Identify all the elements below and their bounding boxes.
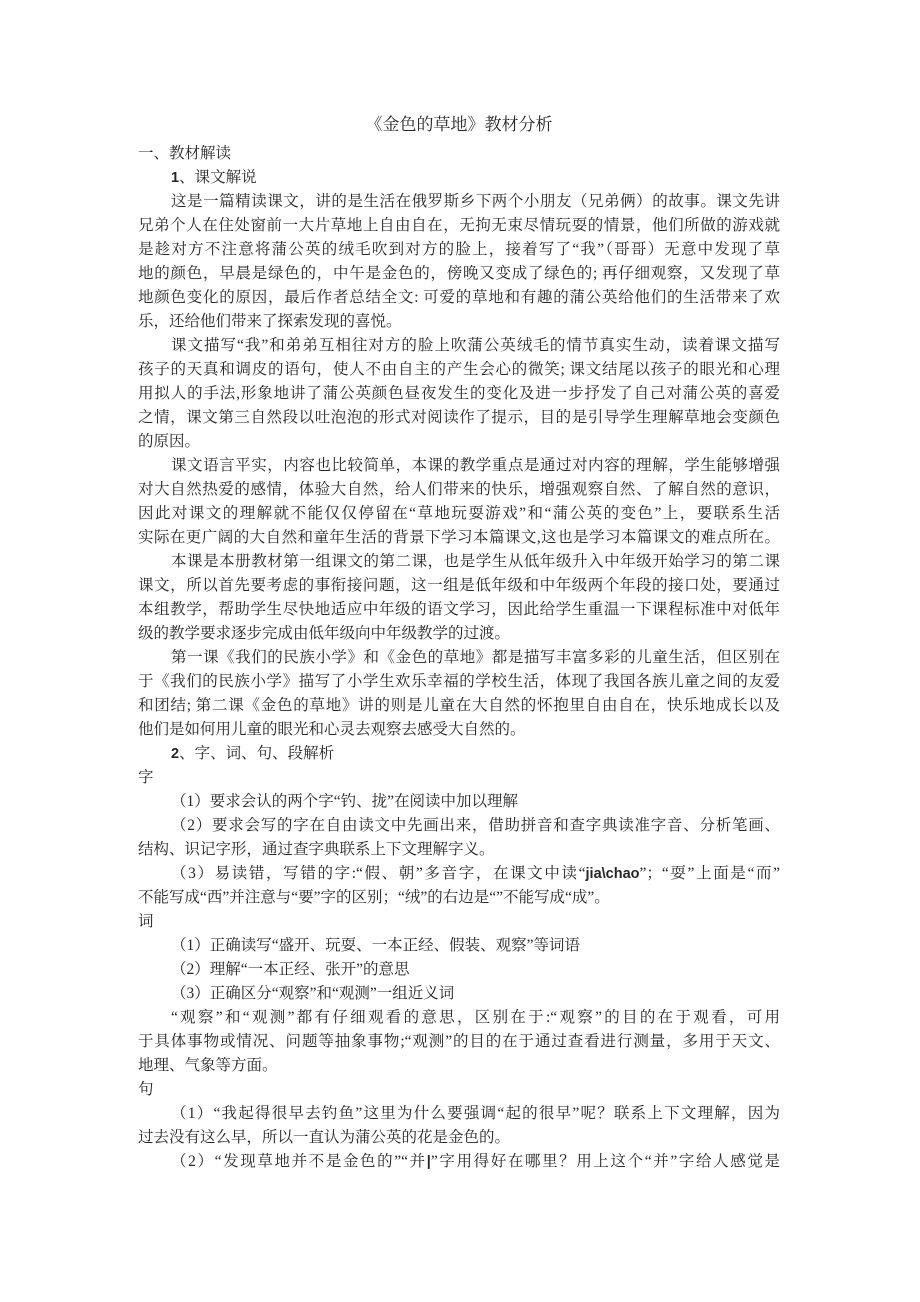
text-line: 之情，课文第三自然段以吐泡泡的形式对阅读作了提示，目的是引导学生理解草地会变颜色 [138, 406, 780, 430]
text-line: 结构、识记字形，通过查字典联系上下文理解字义。 [138, 838, 780, 862]
text-run: 过去没有这么早，所以一直认为蒲公英的花是金色的。 [138, 1129, 510, 1146]
text-line: 是趁对方不注意将蒲公英的绒毛吹到对方的脸上，接着写了“我”（哥哥）无意中发现了草 [138, 238, 780, 262]
text-run: 课文描写“我”和弟弟互相往对方的脸上吹蒲公英绒毛的情节真实生动，读着课文描写 [171, 337, 780, 354]
text-line: 不能写成“西”并注意与“要”字的区别；“绒”的右边是“”不能写成“成”。 [138, 886, 780, 910]
text-run: （1）“我起得很早去钓鱼”这里为什么要强调“起的很早”呢？联系上下文理解，因为 [171, 1105, 780, 1122]
text-run: 因此对课文的理解就不能仅仅停留在“草地玩耍游戏”和“蒲公英的变色”上，要联系生活 [138, 505, 780, 522]
text-line: 本课是本册教材第一组课文的第二课，也是学生从低年级升入中年级开始学习的第二课 [138, 550, 780, 574]
text-run: 于具体事物或情况、问题等抽象事物;“观测”的目的在于通过查看进行测量，多用于天文… [138, 1033, 780, 1050]
text-run: 地颜色变化的原因，最后作者总结全文: 可爱的草地和有趣的蒲公英给他们的生活带来了… [138, 289, 780, 306]
text-line: 他们是如何用儿童的眼光和心灵去观察去感受大自然的。 [138, 718, 780, 742]
text-run: 地的颜色，早晨是绿色的，中午是金色的，傍晚又变成了绿色的; 再仔细观察，又发现了… [138, 265, 780, 282]
text-run: 词 [138, 913, 154, 930]
text-line: （1）要求会认的两个字“钓、拢”在阅读中加以理解 [138, 790, 780, 814]
text-line: 词 [138, 910, 780, 934]
text-line: 过去没有这么早，所以一直认为蒲公英的花是金色的。 [138, 1126, 780, 1150]
document-title: 《金色的草地》教材分析 [138, 112, 780, 142]
document-page: 《金色的草地》教材分析 一、教材解读1、课文解说这是一篇精读课文，讲的是生活在俄… [0, 0, 920, 1302]
text-run: 他们是如何用儿童的眼光和心灵去观察去感受大自然的。 [138, 721, 526, 738]
text-line: 一、教材解读 [138, 142, 780, 166]
text-run: 、字、词、句、段解析 [179, 745, 334, 762]
text-run: 用拟人的手法,形象地讲了蒲公英颜色昼夜发生的变化及进一步抒发了自己对蒲公英的喜爱 [138, 385, 780, 402]
text-run: 的原因。 [138, 433, 200, 450]
text-line: 兄弟个人在住处窗前一大片草地上自由自在，无拘无束尽情玩耍的情景，他们所做的游戏就 [138, 214, 780, 238]
text-line: 于《我们的民族小学》描写了小学生欢乐幸福的学校生活，体现了我国各族儿童之间的友爱 [138, 670, 780, 694]
document-body: 一、教材解读1、课文解说这是一篇精读课文，讲的是生活在俄罗斯乡下两个小朋友（兄弟… [138, 142, 780, 1174]
text-run: 是趁对方不注意将蒲公英的绒毛吹到对方的脸上，接着写了“我”（哥哥）无意中发现了草 [138, 241, 780, 258]
text-run: 孩子的天真和调皮的语句，使人不由自主的产生会心的微笑; 课文结尾以孩子的眼光和心… [138, 361, 780, 378]
text-run: （2）要求会写的字在自由读文中先画出来，借助拼音和查字典读准字音、分析笔画、 [171, 817, 780, 834]
text-line: 地理、气象等方面。 [138, 1054, 780, 1078]
text-run: 字 [138, 769, 154, 786]
text-line: 级的教学要求逐步完成由低年级向中年级教学的过渡。 [138, 622, 780, 646]
text-line: 地颜色变化的原因，最后作者总结全文: 可爱的草地和有趣的蒲公英给他们的生活带来了… [138, 286, 780, 310]
text-line: 因此对课文的理解就不能仅仅停留在“草地玩耍游戏”和“蒲公英的变色”上，要联系生活 [138, 502, 780, 526]
latin-run: 1 [171, 170, 179, 186]
text-run: 结构、识记字形，通过查字典联系上下文理解字义。 [138, 841, 495, 858]
text-line: 课文描写“我”和弟弟互相往对方的脸上吹蒲公英绒毛的情节真实生动，读着课文描写 [138, 334, 780, 358]
text-line: “观察”和“观测”都有仔细观看的意思，区别在于:“观察”的目的在于观看，可用 [138, 1006, 780, 1030]
text-run: （2）“发现草地并不是金色的”“并 [171, 1153, 427, 1170]
text-line: （2）要求会写的字在自由读文中先画出来，借助拼音和查字典读准字音、分析笔画、 [138, 814, 780, 838]
text-run: 句 [138, 1081, 154, 1098]
text-line: 用拟人的手法,形象地讲了蒲公英颜色昼夜发生的变化及进一步抒发了自己对蒲公英的喜爱 [138, 382, 780, 406]
text-run: ”字用得好在哪里？用上这个“并”字给人感觉是 [431, 1153, 780, 1170]
text-run: ”；“耍”上面是“而” [640, 865, 780, 882]
text-run: 本课是本册教材第一组课文的第二课，也是学生从低年级升入中年级开始学习的第二课 [171, 553, 780, 570]
latin-run: jia\chao [586, 866, 640, 882]
text-line: 2、字、词、句、段解析 [138, 742, 780, 766]
text-run: “观察”和“观测”都有仔细观看的意思，区别在于:“观察”的目的在于观看，可用 [171, 1009, 780, 1026]
text-run: 一、教材解读 [138, 145, 231, 162]
text-line: 孩子的天真和调皮的语句，使人不由自主的产生会心的微笑; 课文结尾以孩子的眼光和心… [138, 358, 780, 382]
text-run: 课文，所以首先要考虑的事衔接问题，这一组是低年级和中年级两个年段的接口处，要通过 [138, 577, 780, 594]
text-run: 对大自然热爱的感情，体验大自然，给人们带来的快乐，增强观察自然、了解自然的意识， [138, 481, 780, 498]
text-run: （3）易读错，写错的字:“假、朝”多音字，在课文中读“ [171, 865, 586, 882]
text-line: 本组教学，帮助学生尽快地适应中年级的语文学习，因此给学生重温一下课程标准中对低年 [138, 598, 780, 622]
text-run: 、课文解说 [179, 169, 257, 186]
document-content: 《金色的草地》教材分析 一、教材解读1、课文解说这是一篇精读课文，讲的是生活在俄… [138, 112, 780, 1174]
text-line: 1、课文解说 [138, 166, 780, 190]
text-line: 第一课《我们的民族小学》和《金色的草地》都是描写丰富多彩的儿童生活，但区别在 [138, 646, 780, 670]
text-line: 课文语言平实，内容也比较简单，本课的教学重点是通过对内容的理解，学生能够增强 [138, 454, 780, 478]
text-run: （3）正确区分“观察”和“观测”一组近义词 [171, 985, 454, 1002]
text-run: 级的教学要求逐步完成由低年级向中年级教学的过渡。 [138, 625, 510, 642]
text-run: 和团结; 第二课《金色的草地》讲的则是儿童在大自然的怀抱里自由自在，快乐地成长以… [138, 697, 780, 714]
text-line: 和团结; 第二课《金色的草地》讲的则是儿童在大自然的怀抱里自由自在，快乐地成长以… [138, 694, 780, 718]
text-run: （2）理解“一本正经、张开”的意思 [171, 961, 410, 978]
text-line: 乐，还给他们带来了探索发现的喜悦。 [138, 310, 780, 334]
text-line: 地的颜色，早晨是绿色的，中午是金色的，傍晚又变成了绿色的; 再仔细观察，又发现了… [138, 262, 780, 286]
text-line: 对大自然热爱的感情，体验大自然，给人们带来的快乐，增强观察自然、了解自然的意识， [138, 478, 780, 502]
text-run: 于《我们的民族小学》描写了小学生欢乐幸福的学校生活，体现了我国各族儿童之间的友爱 [138, 673, 780, 690]
text-run: （1）正确读写“盛开、玩耍、一本正经、假装、观察”等词语 [171, 937, 580, 954]
text-run: 本组教学，帮助学生尽快地适应中年级的语文学习，因此给学生重温一下课程标准中对低年 [138, 601, 780, 618]
text-line: （1）正确读写“盛开、玩耍、一本正经、假装、观察”等词语 [138, 934, 780, 958]
text-line: （2）理解“一本正经、张开”的意思 [138, 958, 780, 982]
text-line: （2）“发现草地并不是金色的”“并|”字用得好在哪里？用上这个“并”字给人感觉是 [138, 1150, 780, 1174]
text-line: 这是一篇精读课文，讲的是生活在俄罗斯乡下两个小朋友（兄弟俩）的故事。课文先讲 [138, 190, 780, 214]
text-run: 课文语言平实，内容也比较简单，本课的教学重点是通过对内容的理解，学生能够增强 [171, 457, 780, 474]
text-run: 之情，课文第三自然段以吐泡泡的形式对阅读作了提示，目的是引导学生理解草地会变颜色 [138, 409, 780, 426]
latin-run: 2 [171, 746, 179, 762]
text-run: 地理、气象等方面。 [138, 1057, 278, 1074]
text-line: 的原因。 [138, 430, 780, 454]
text-line: （1）“我起得很早去钓鱼”这里为什么要强调“起的很早”呢？联系上下文理解，因为 [138, 1102, 780, 1126]
text-run: （1）要求会认的两个字“钓、拢”在阅读中加以理解 [171, 793, 518, 810]
text-run: 第一课《我们的民族小学》和《金色的草地》都是描写丰富多彩的儿童生活，但区别在 [171, 649, 780, 666]
text-run: 不能写成“西”并注意与“要”字的区别；“绒”的右边是“”不能写成“成”。 [138, 889, 610, 906]
text-run: 实际在更广阔的大自然和童年生活的背景下学习本篇课文,这也是学习本篇课文的难点所在… [138, 529, 780, 546]
text-line: 字 [138, 766, 780, 790]
text-run: 这是一篇精读课文，讲的是生活在俄罗斯乡下两个小朋友（兄弟俩）的故事。课文先讲 [171, 193, 780, 210]
text-run: 乐，还给他们带来了探索发现的喜悦。 [138, 313, 402, 330]
text-line: 课文，所以首先要考虑的事衔接问题，这一组是低年级和中年级两个年段的接口处，要通过 [138, 574, 780, 598]
text-line: 于具体事物或情况、问题等抽象事物;“观测”的目的在于通过查看进行测量，多用于天文… [138, 1030, 780, 1054]
text-run: 兄弟个人在住处窗前一大片草地上自由自在，无拘无束尽情玩耍的情景，他们所做的游戏就 [138, 217, 780, 234]
text-line: （3）正确区分“观察”和“观测”一组近义词 [138, 982, 780, 1006]
text-line: 句 [138, 1078, 780, 1102]
text-line: 实际在更广阔的大自然和童年生活的背景下学习本篇课文,这也是学习本篇课文的难点所在… [138, 526, 780, 550]
text-line: （3）易读错，写错的字:“假、朝”多音字，在课文中读“jia\chao”；“耍”… [138, 862, 780, 886]
